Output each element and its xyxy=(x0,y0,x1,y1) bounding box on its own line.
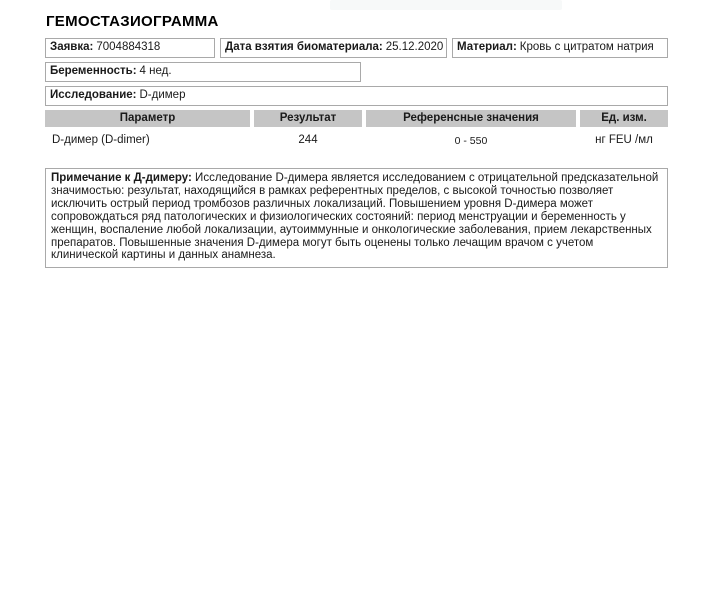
info-row-top: Заявка:7004884318 Дата взятия биоматериа… xyxy=(45,38,668,58)
lab-report-page: ГЕМОСТАЗИОГРАММА Заявка:7004884318 Дата … xyxy=(0,0,720,595)
info-row-study: Исследование:D-димер xyxy=(45,86,668,106)
study-box: Исследование:D-димер xyxy=(45,86,668,106)
page-title: ГЕМОСТАЗИОГРАММА xyxy=(46,13,668,30)
note-box: Примечание к Д-димеру: Исследование D-ди… xyxy=(45,168,668,268)
material-value: Кровь с цитратом натрия xyxy=(520,41,654,53)
info-row-pregnancy: Беременность:4 нед. xyxy=(45,62,668,82)
report-content: ГЕМОСТАЗИОГРАММА Заявка:7004884318 Дата … xyxy=(45,13,668,268)
biomaterial-date-label: Дата взятия биоматериала: xyxy=(225,41,383,53)
column-header-result: Результат xyxy=(254,110,362,127)
note-text: Исследование D-димера является исследова… xyxy=(51,172,658,261)
pregnancy-value: 4 нед. xyxy=(140,65,172,77)
cell-units: нг FEU /мл xyxy=(580,134,668,147)
pregnancy-box: Беременность:4 нед. xyxy=(45,62,361,82)
column-header-reference: Референсные значения xyxy=(366,110,576,127)
request-number-value: 7004884318 xyxy=(96,41,160,53)
scan-artifact xyxy=(330,0,562,10)
pregnancy-label: Беременность: xyxy=(50,65,137,77)
biomaterial-date-value: 25.12.2020 xyxy=(386,41,444,53)
biomaterial-date-box: Дата взятия биоматериала:25.12.2020 xyxy=(220,38,447,58)
column-header-units: Ед. изм. xyxy=(580,110,668,127)
material-label: Материал: xyxy=(457,41,517,53)
request-number-box: Заявка:7004884318 xyxy=(45,38,215,58)
results-table-header: Параметр Результат Референсные значения … xyxy=(45,110,668,127)
table-row: D-димер (D-dimer) 244 0 - 550 нг FEU /мл xyxy=(45,127,668,156)
study-label: Исследование: xyxy=(50,89,137,101)
note-label: Примечание к Д-димеру: xyxy=(51,172,192,184)
request-number-label: Заявка: xyxy=(50,41,93,53)
cell-result: 244 xyxy=(254,134,362,147)
cell-parameter: D-димер (D-dimer) xyxy=(45,134,250,147)
material-box: Материал:Кровь с цитратом натрия xyxy=(452,38,668,58)
cell-reference: 0 - 550 xyxy=(366,134,576,147)
study-value: D-димер xyxy=(140,89,186,101)
column-header-parameter: Параметр xyxy=(45,110,250,127)
